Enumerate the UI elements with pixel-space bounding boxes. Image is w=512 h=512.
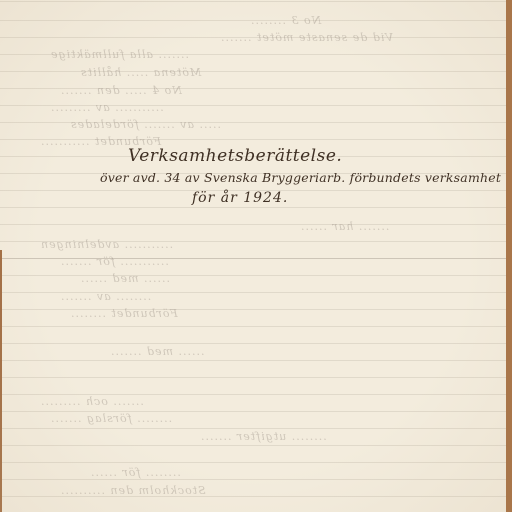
bleed-through-line: ........... för ....... — [60, 255, 169, 268]
report-title: Verksamhetsberättelse. — [128, 146, 342, 166]
bleed-through-line: ........ utgifter ....... — [200, 430, 327, 443]
page-left-edge — [0, 250, 2, 512]
bleed-through-line: ........ av ....... — [60, 290, 151, 303]
bleed-through-line: Mötena ..... hållits — [80, 66, 201, 79]
bleed-through-line: ...... med ....... — [110, 345, 204, 358]
bleed-through-line: No 4 ..... den ....... — [60, 84, 182, 97]
bleed-through-line: Förbundet ........ — [70, 307, 178, 320]
bleed-through-line: ........ förslag ....... — [50, 412, 172, 425]
bleed-through-line: No 3 ........ — [250, 14, 321, 27]
bleed-through-line: ....... och ......... — [40, 395, 144, 408]
bleed-through-line: ..... av ....... fördelades — [70, 118, 221, 131]
document-page: No 3 ........ Vid de senaste mötet .....… — [0, 0, 506, 512]
bleed-through-line: ....... har ...... — [300, 220, 389, 233]
bleed-through-line: ........... avdelningen — [40, 238, 173, 251]
bleed-through-line: ....... alla fullmäktige — [50, 48, 189, 61]
bleed-through-line: ...... med ...... — [80, 272, 170, 285]
bleed-through-line: Vid de senaste mötet ....... — [220, 31, 393, 44]
report-year: för år 1924. — [192, 190, 288, 206]
bleed-through-line: ........ för ...... — [90, 466, 181, 479]
bleed-through-line: ........... av ......... — [50, 101, 164, 114]
report-subtitle: över avd. 34 av Svenska Bryggeriarb. för… — [100, 170, 501, 185]
bleed-through-line: Stockholm den .......... — [60, 484, 206, 497]
